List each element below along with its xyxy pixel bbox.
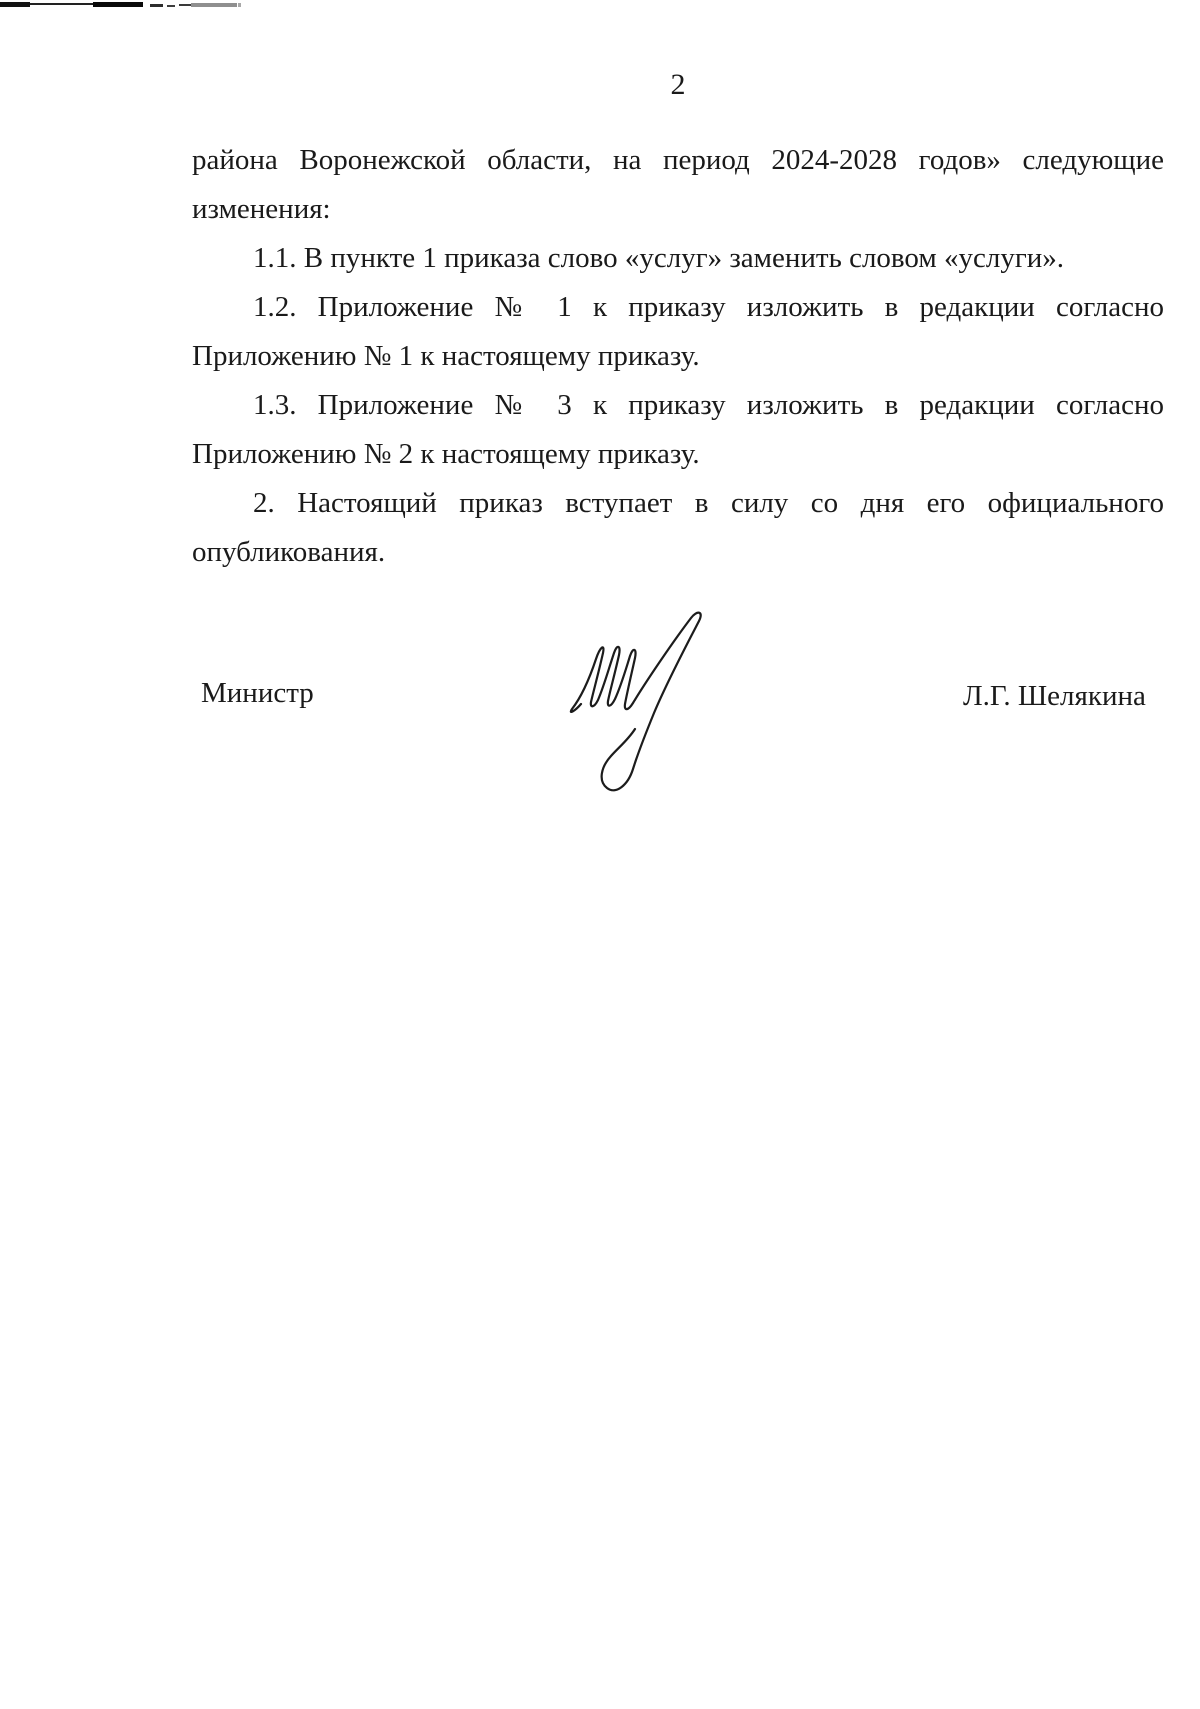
scan-artifact-segment xyxy=(0,2,30,7)
scan-artifact-segment xyxy=(167,5,175,7)
document-body: района Воронежской области, на период 20… xyxy=(192,136,1164,577)
body-line: 1.1. В пункте 1 приказа слово «услуг» за… xyxy=(192,234,1164,283)
body-line: опубликования. xyxy=(192,528,1164,577)
scan-artifact-segment xyxy=(93,2,143,7)
body-line: 1.2. Приложение № 1 к приказу изложить в… xyxy=(192,283,1164,332)
scan-artifact-segment xyxy=(238,3,241,7)
document-page: 2 района Воронежской области, на период … xyxy=(0,0,1200,1709)
body-line: изменения: xyxy=(192,185,1164,234)
scan-artifact-segment xyxy=(30,3,93,5)
body-line: района Воронежской области, на период 20… xyxy=(192,136,1164,185)
minister-name: Л.Г. Шелякина xyxy=(963,680,1146,713)
body-line: Приложению № 1 к настоящему приказу. xyxy=(192,332,1164,381)
handwritten-signature-icon xyxy=(548,601,710,808)
minister-title: Министр xyxy=(201,677,314,710)
scan-artifact-segment xyxy=(179,4,191,6)
body-line: 1.3. Приложение № 3 к приказу изложить в… xyxy=(192,381,1164,430)
body-line: 2. Настоящий приказ вступает в силу со д… xyxy=(192,479,1164,528)
page-number: 2 xyxy=(192,68,1164,102)
scan-artifact xyxy=(0,0,260,12)
body-line: Приложению № 2 к настоящему приказу. xyxy=(192,430,1164,479)
scan-artifact-segment xyxy=(150,4,163,7)
scan-artifact-segment xyxy=(191,3,237,7)
